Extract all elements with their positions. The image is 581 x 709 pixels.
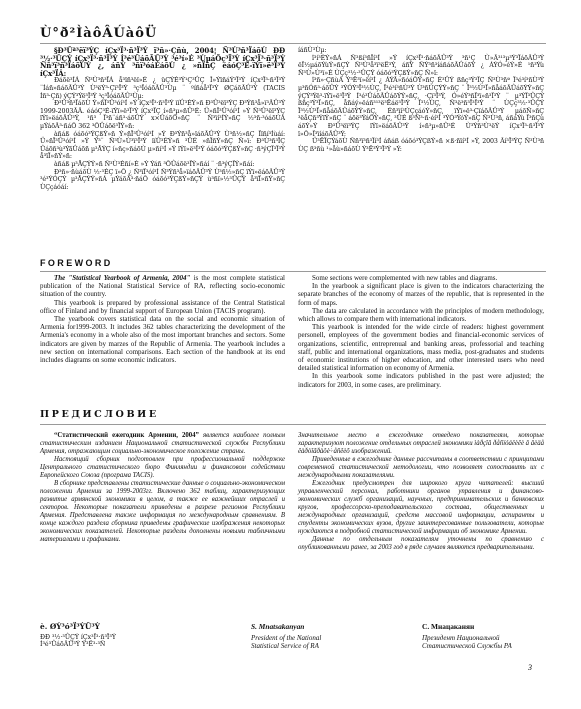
armenian-paragraph: Ðáõë³ÍÁ Ñ³Ù³ñ³ÏÁ å³ïñ³ëï»É ¿ üÇÝÉ³Ý¹Ç³ÛÇ…: [40, 77, 285, 100]
armenian-paragraph: §Ð³Ûª³ëï³ÝÇ íÇx³Ï³·ñ³Ï³Ý ï³ñ»·Çñù, 2004¦…: [40, 47, 285, 77]
header-divider: [40, 43, 546, 44]
signatory-name: С. Мнацаканян: [422, 623, 562, 631]
foreword-paragraph: The yearbook covers statistical data on …: [40, 315, 285, 364]
predislovie-paragraph: В сборнике представлены статистические д…: [40, 480, 285, 544]
signatory-role: Президент Национальной: [422, 634, 562, 642]
armenian-paragraph: àñáß µ³ÅÇÝÝ»ñ Ñ³Ù³Éñí»É »Ý Ýáñ ³ÕÛáõë³ÏÝ…: [40, 161, 285, 169]
foreword-paragraph: This yearbook is intended for the wide c…: [298, 323, 544, 372]
signatory-name: è. ØÝ³ó³Ï³ÝÛ³Ý: [40, 623, 240, 631]
foreword-paragraph: The data are calculated in accordance wi…: [298, 307, 544, 323]
armenian-left-column: §Ð³Ûª³ëï³ÝÇ íÇx³Ï³·ñ³Ï³Ý ï³ñ»·Çñù, 2004¦…: [40, 47, 285, 191]
predislovie-right-column: Значительное место в ежегоднике отведено…: [298, 432, 544, 552]
foreword-paragraph: In this yearbook some indicators publish…: [298, 372, 544, 388]
foreword-paragraph: In the yearbook a significant place is g…: [298, 282, 544, 307]
foreword-paragraph: This yearbook is prepared by professiona…: [40, 299, 285, 315]
foreword-left-column: The "Statistical Yearbook of Armenia, 20…: [40, 274, 285, 364]
signatory-role: Statistical Service of RA: [251, 642, 391, 650]
predislovie-paragraph: Данные по отдельным показателям уточнены…: [298, 536, 544, 552]
armenian-paragraph: àñáß óáõó³ÝÇßÝ»ñ Ý»ñÏ³Û³óí³Í »Ý Ð³Ýñ³å»ï…: [40, 131, 285, 161]
predislovie-paragraph: Значительное место в ежегоднике отведено…: [298, 432, 544, 456]
signature-armenian: è. ØÝ³ó³Ï³ÝÛ³Ý ÐÐ ³½·³ÛÇÝ íÇx³Ï³·ñ³Ï³Ý Í…: [40, 623, 240, 648]
yearbook-title-ru: “Статистический ежегодник Армении, 2004”: [54, 432, 199, 439]
signatory-role: Í³é³ÛáõÃÛ³Ý Ý³Ë³·³Ñ: [40, 641, 240, 648]
armenian-paragraph: î³í³ÉÝ»ñÁ Ñ³ßí³ñÏí³Í »Ý íÇx³Ï³·ñáõÃÛ³Ý ³…: [298, 55, 544, 78]
page-title: Ù°ð²ÌàôÂÚàôÜ: [40, 26, 157, 41]
signature-english: S. Mnatsakanyan President of the Nationa…: [251, 623, 391, 650]
signatory-role: President of the National: [251, 634, 391, 642]
predislovie-paragraph: “Статистический ежегодник Армении, 2004”…: [40, 432, 285, 456]
armenian-paragraph: Ð³ñ»·ñùáõÙ ½·³ÉÇ ï»Õ ¿ Ñ³ïÏ³óí³Í Ñ³Ýñ³å»…: [40, 169, 285, 192]
signatory-name: S. Mnatsakanyan: [251, 623, 391, 631]
foreword-paragraph: The "Statistical Yearbook of Armenia, 20…: [40, 274, 285, 299]
predislovie-paragraph: Приведенные в ежегоднике данные рассчита…: [298, 456, 544, 480]
signature-russian: С. Мнацаканян Президент Национальной Ста…: [422, 623, 562, 650]
armenian-paragraph: î³ñ»·ÇñùÁ Ý³Ë³ï»ëí³Í ¿ ÁÝÃ»ñóáÕÝ»ñÇ É³ÛÝ…: [298, 77, 544, 138]
foreword-right-column: Some sections were complemented with new…: [298, 274, 544, 389]
armenian-right-column: íáñÙ³Ùµ: î³í³ÉÝ»ñÁ Ñ³ßí³ñÏí³Í »Ý íÇx³Ï³·…: [298, 47, 544, 153]
armenian-paragraph: Ü³ËÏÇÝáõÙ Ññ³ï³ñ³Ïí³Í áñáß óáõó³ÝÇßÝ»ñ ×…: [298, 138, 544, 153]
signatory-role: ÐÐ ³½·³ÛÇÝ íÇx³Ï³·ñ³Ï³Ý: [40, 634, 240, 641]
armenian-paragraph: íáñÙ³Ùµ:: [298, 47, 544, 55]
foreword-paragraph: Some sections were complemented with new…: [298, 274, 544, 282]
foreword-divider: [40, 271, 546, 272]
armenian-paragraph: Ð³Ù³ñ³ÏáõÙ Ý»ñÏ³Û³óí³Í »Ý íÇx³Ï³·ñ³Ï³Ý ï…: [40, 100, 285, 130]
predislovie-left-column: “Статистический ежегодник Армении, 2004”…: [40, 432, 285, 544]
predislovie-divider: [40, 424, 546, 425]
predislovie-paragraph: Ежегодник предусмотрен для широкого круг…: [298, 480, 544, 536]
yearbook-title: The "Statistical Yearbook of Armenia, 20…: [54, 274, 190, 282]
predislovie-paragraph: Настоящий сборник подготовлен при профес…: [40, 456, 285, 480]
predislovie-heading: ПРЕДИСЛОВИЕ: [40, 409, 159, 420]
signatory-role: Статистической Службы РА: [422, 642, 562, 650]
page-number: 3: [528, 663, 532, 672]
foreword-heading: FOREWORD: [40, 258, 113, 268]
